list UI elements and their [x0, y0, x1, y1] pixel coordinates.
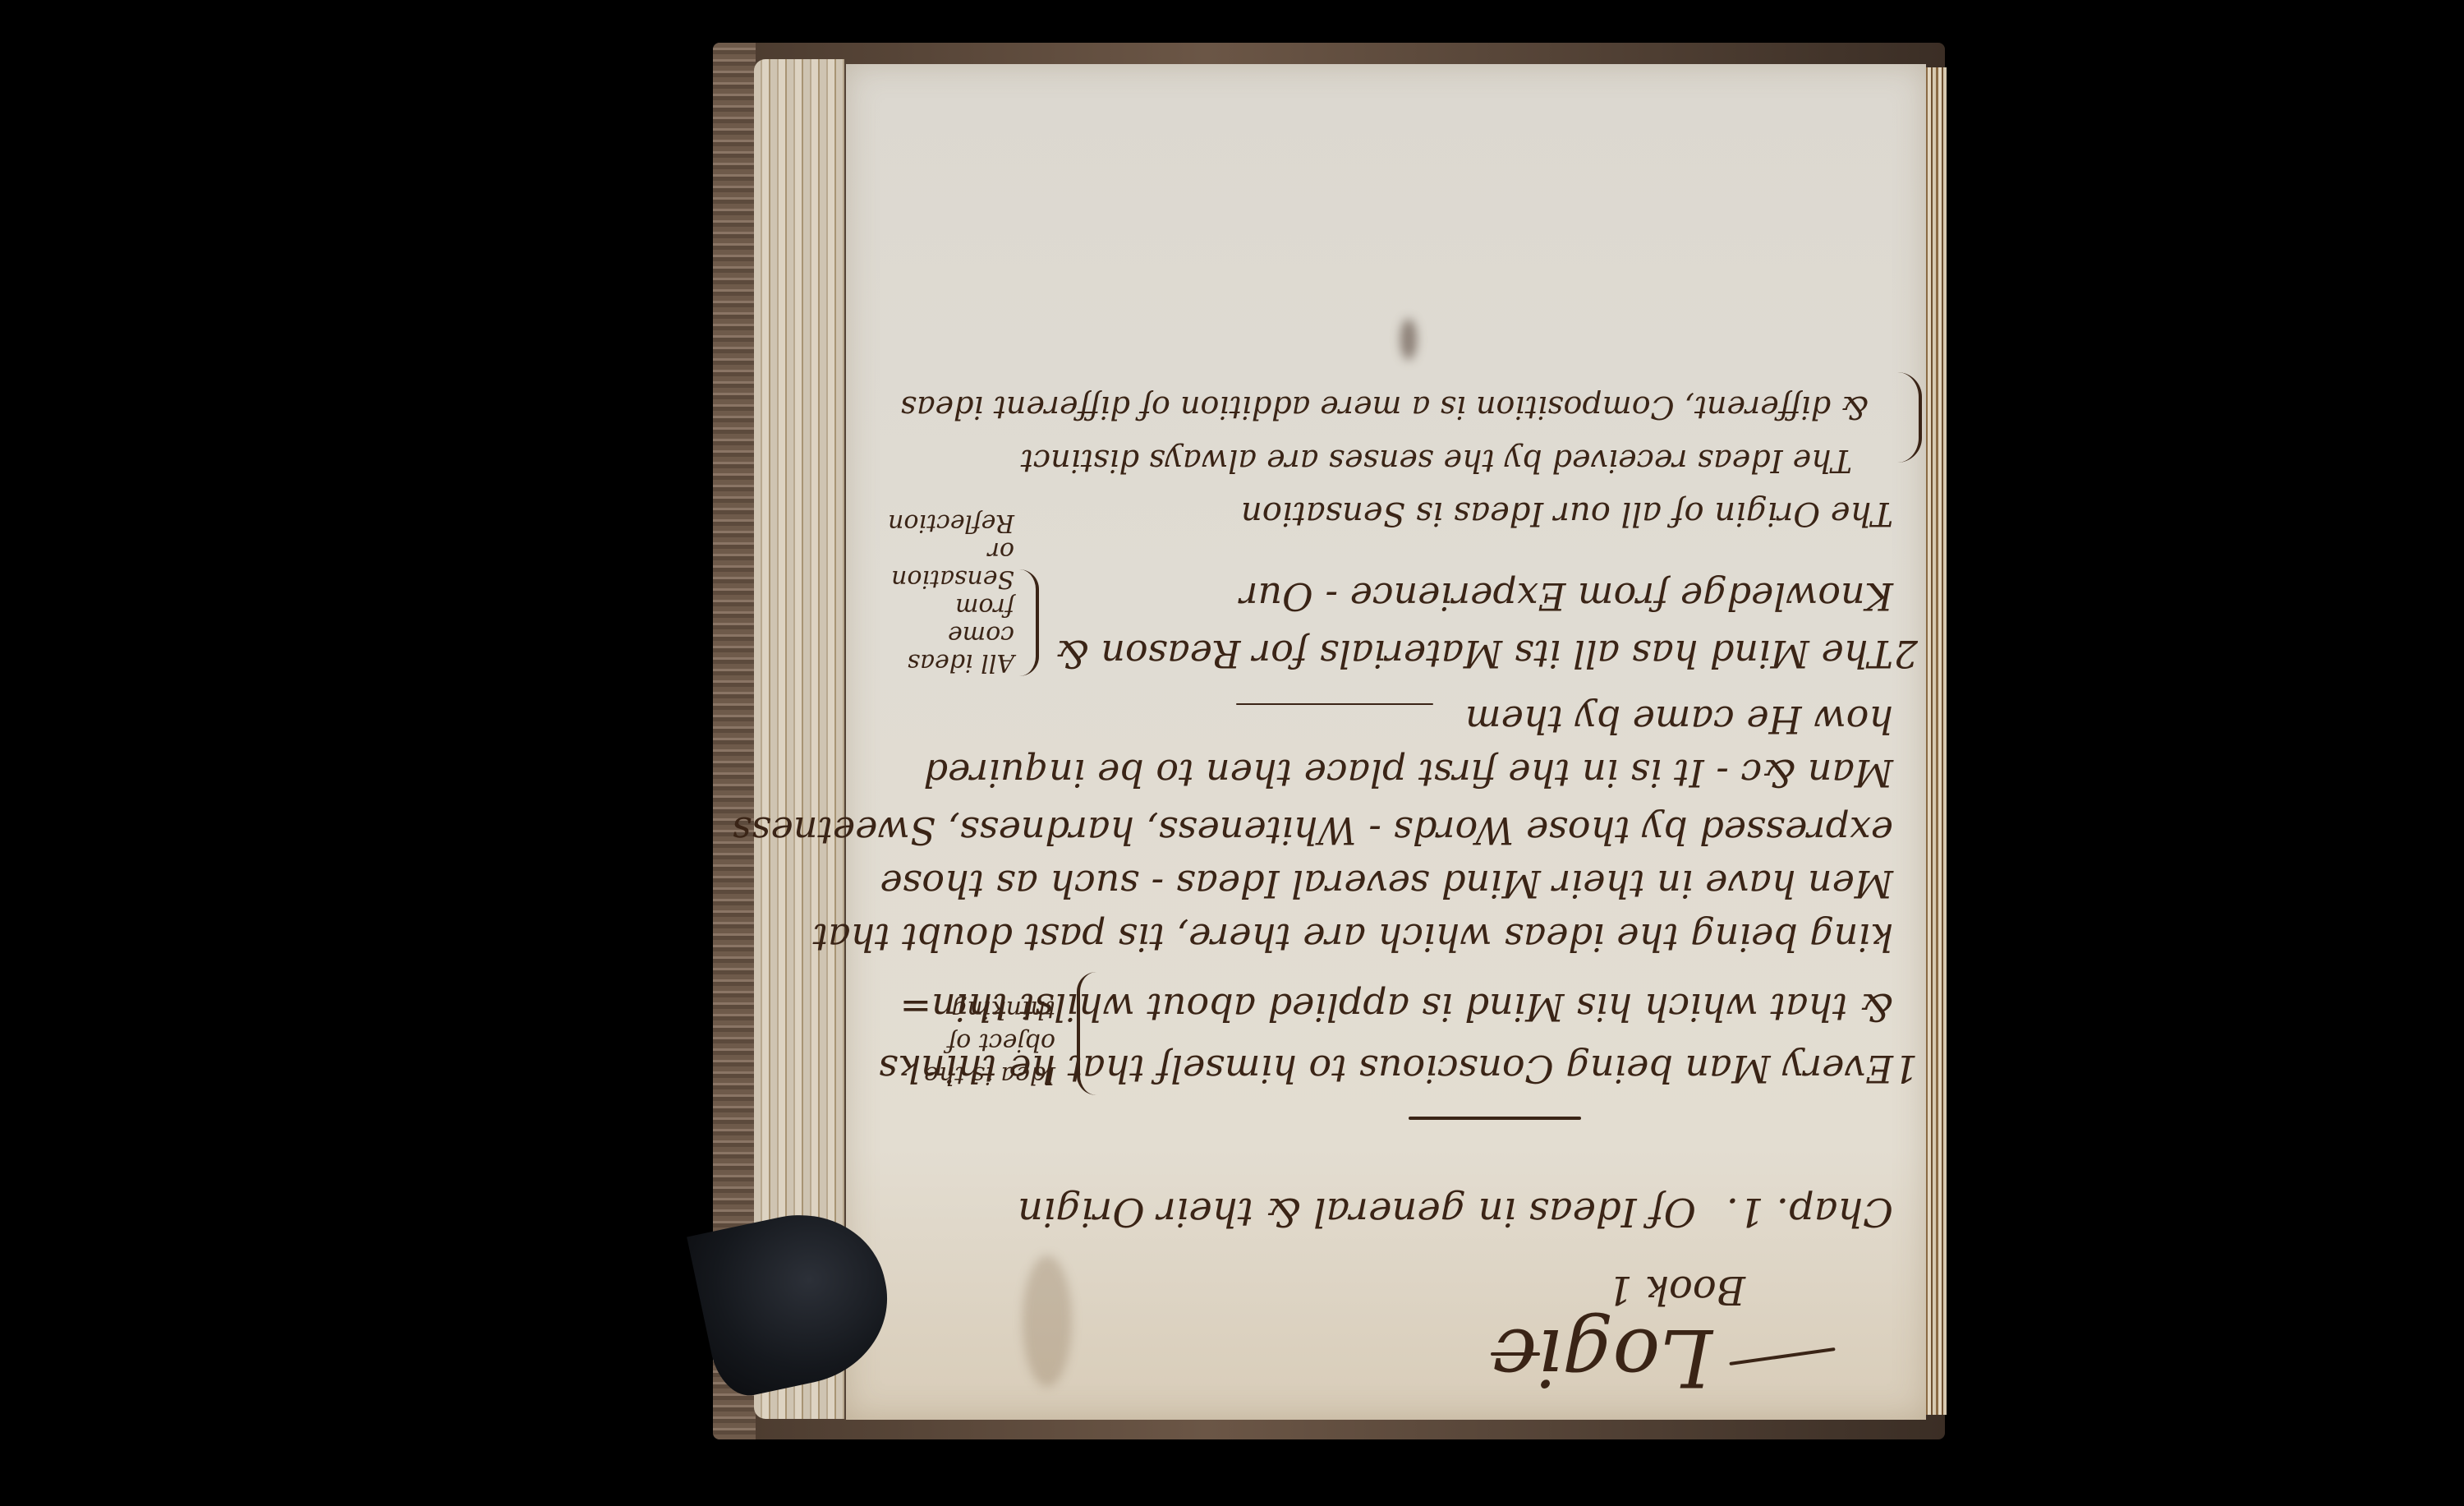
para-1-line-3: king being the ideas which are there, ti… [813, 915, 1893, 960]
para-number-1: 1 [1894, 1047, 1918, 1091]
stain [1023, 1255, 1072, 1387]
margin-note-idea: Idea is the object of thinking [891, 992, 1055, 1091]
para-2-line-1: The Mind has all its Materials for Reaso… [1055, 632, 1893, 676]
para-number-2: 2 [1894, 632, 1918, 676]
chapter-rule [1409, 1117, 1581, 1120]
photo-viewer: Logic Book 1 Chap. 1. Of Ideas in genera… [0, 0, 2464, 1506]
margin-mark [1886, 372, 1922, 463]
margin-brace-2 [1019, 569, 1039, 676]
manuscript-page: Logic Book 1 Chap. 1. Of Ideas in genera… [846, 64, 1926, 1420]
note-line-1: The Origin of all our Ideas is Sensation [1241, 495, 1893, 532]
ink-blot [1400, 319, 1417, 360]
heading-logic: Logic [1493, 1311, 1712, 1403]
para-1-line-5: expressed by those Words - Whiteness, ha… [732, 808, 1893, 853]
margin-brace-1 [1077, 972, 1096, 1095]
para-1-line-6: Man &c - It is in the first place then t… [924, 751, 1893, 795]
heading-rule-right [1491, 1352, 1540, 1356]
margin-note-sensation: All ideas come from Sensation or Reflect… [883, 509, 1014, 676]
chapter-title: Of Ideas in general & their Origin [1018, 1189, 1696, 1235]
para-1-line-4: Men have in their Mind several Ideas - s… [880, 862, 1893, 906]
heading-rule-left [1729, 1347, 1835, 1366]
para-1-line-7: how He came by them [1465, 698, 1893, 742]
note-line-2: The Ideas received by the senses are alw… [1021, 443, 1852, 479]
note-line-3: & different, Composition is a mere addit… [900, 389, 1869, 426]
section-rule [1236, 703, 1433, 705]
chapter-label: Chap. 1. [1726, 1189, 1893, 1235]
para-2-line-2: Knowledge from Experience - Our [1239, 574, 1893, 619]
rotated-page-content: Logic Book 1 Chap. 1. Of Ideas in genera… [846, 64, 1926, 1420]
book-label: Book 1 [1607, 1267, 1745, 1313]
